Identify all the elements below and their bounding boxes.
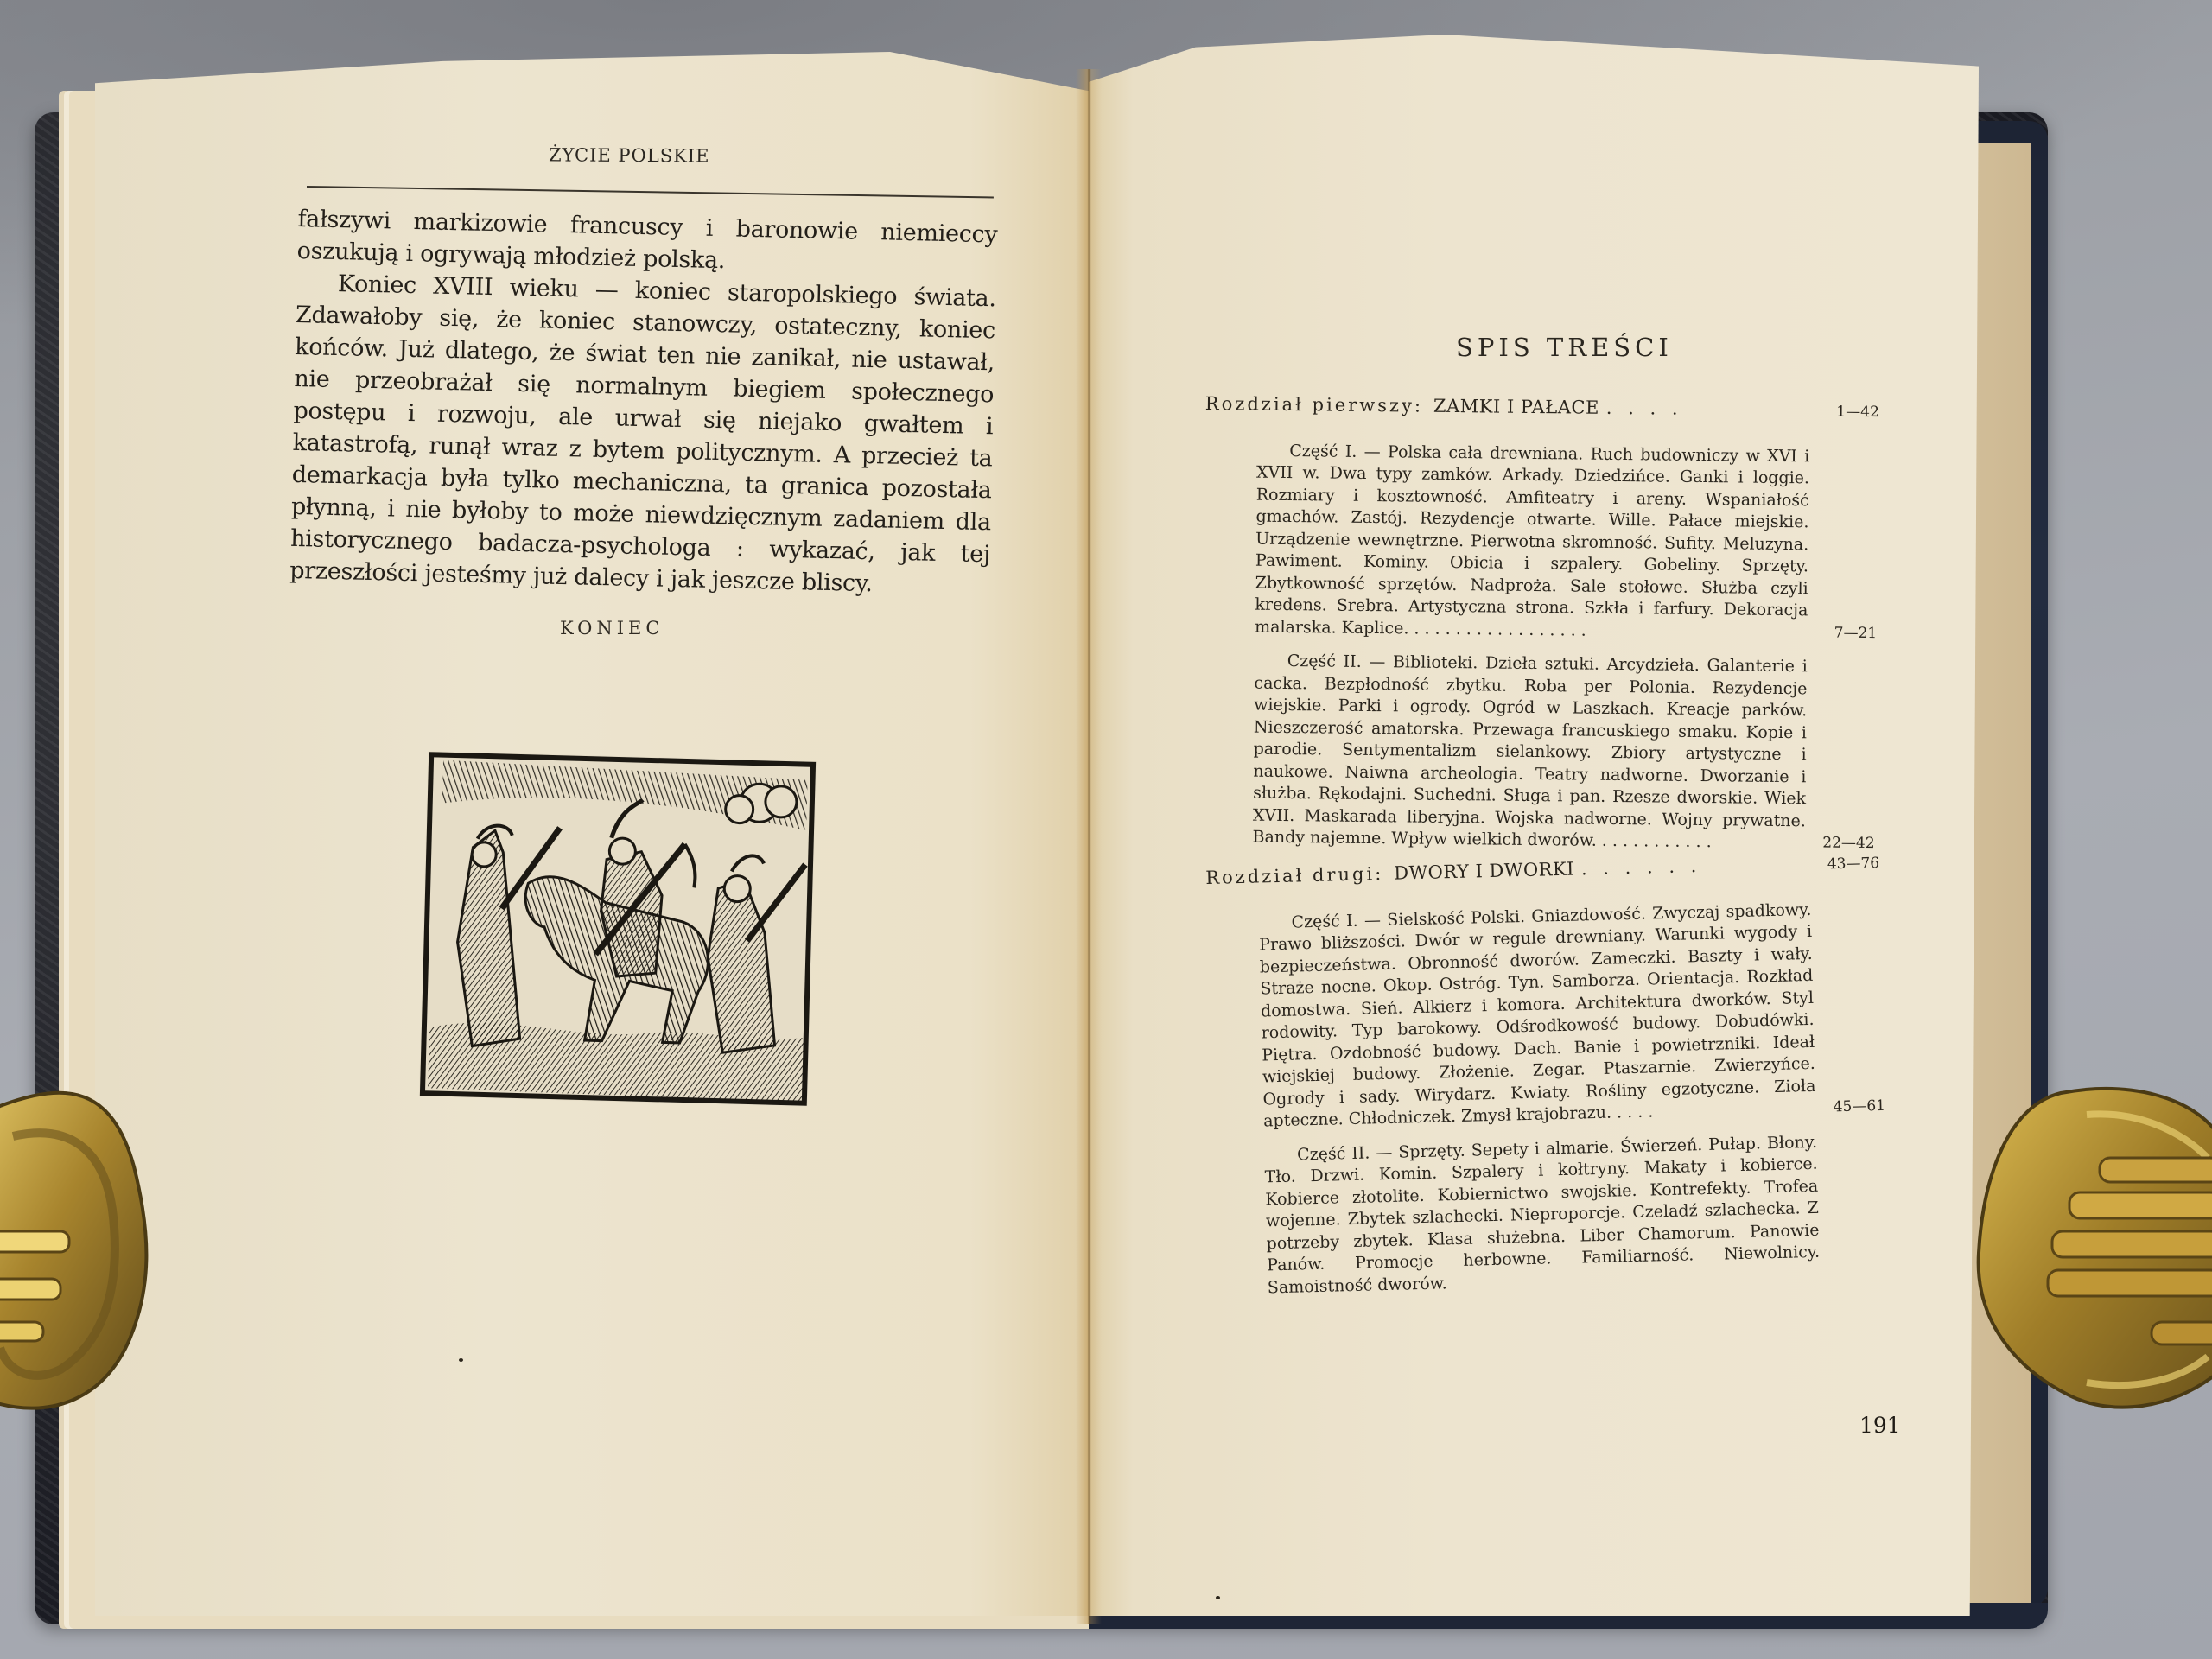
paper-speck — [459, 1358, 463, 1362]
chapter-title: ZAMKI I PAŁACE — [1433, 396, 1599, 420]
toc-part: Część II. — Sprzęty. Sepety i almarie. Ś… — [1212, 1129, 1890, 1300]
page-range: 45—61 — [1833, 1095, 1885, 1118]
brass-hand-clip-right-icon — [1957, 1063, 2212, 1417]
page-range: 43—76 — [1827, 852, 1880, 875]
dot-leader: . . . . . . — [1581, 855, 1702, 880]
woodcut-illustration — [419, 751, 817, 1107]
table-of-contents: Rozdział pierwszy: ZAMKI I PAŁACE . . . … — [1205, 393, 1879, 1313]
page-range: 7—21 — [1834, 622, 1878, 645]
brass-hand-clip-left-icon — [0, 1063, 181, 1426]
chapter-title: DWORY I DWORKI — [1394, 858, 1574, 885]
running-head: ŻYCIE POLSKIE — [549, 144, 710, 166]
page-number: 191 — [1859, 1413, 1901, 1438]
paragraph: Koniec XVIII wieku — koniec staropolskie… — [289, 267, 996, 602]
part-text: Część I. — Sielskość Polski. Gniazdowość… — [1258, 899, 1816, 1133]
part-text: Część II. — Biblioteki. Dzieła sztuki. A… — [1252, 651, 1807, 855]
dot-leader: . . . . — [1606, 397, 1683, 420]
part-text: Część I. — Polska cała drewniana. Ruch b… — [1255, 440, 1809, 644]
toc-part: Część I. — Sielskość Polski. Gniazdowość… — [1206, 897, 1885, 1134]
end-mark: KONIEC — [560, 618, 664, 639]
toc-chapter-2: Rozdział drugi: DWORY I DWORKI . . . . .… — [1205, 850, 1890, 1300]
paper-speck — [1216, 1596, 1220, 1599]
left-page-body: fałszywi markizowie francuscy i baronowi… — [289, 203, 998, 602]
chapter-heading: Rozdział pierwszy: ZAMKI I PAŁACE . . . … — [1205, 393, 1879, 424]
chapter-label: Rozdział pierwszy: — [1205, 393, 1423, 417]
chapter-heading: Rozdział drugi: DWORY I DWORKI . . . . .… — [1205, 850, 1879, 891]
page-range: 1—42 — [1836, 402, 1879, 424]
toc-part: Część II. — Biblioteki. Dzieła sztuki. A… — [1200, 650, 1876, 855]
toc-title: SPIS TREŚCI — [1456, 333, 1673, 362]
book-gutter — [1076, 69, 1102, 1624]
chapter-label: Rozdział drugi: — [1205, 862, 1384, 889]
toc-chapter-1: Rozdział pierwszy: ZAMKI I PAŁACE . . . … — [1200, 393, 1878, 855]
toc-part: Część I. — Polska cała drewniana. Ruch b… — [1203, 439, 1878, 645]
part-text: Część II. — Sprzęty. Sepety i almarie. Ś… — [1264, 1131, 1821, 1299]
